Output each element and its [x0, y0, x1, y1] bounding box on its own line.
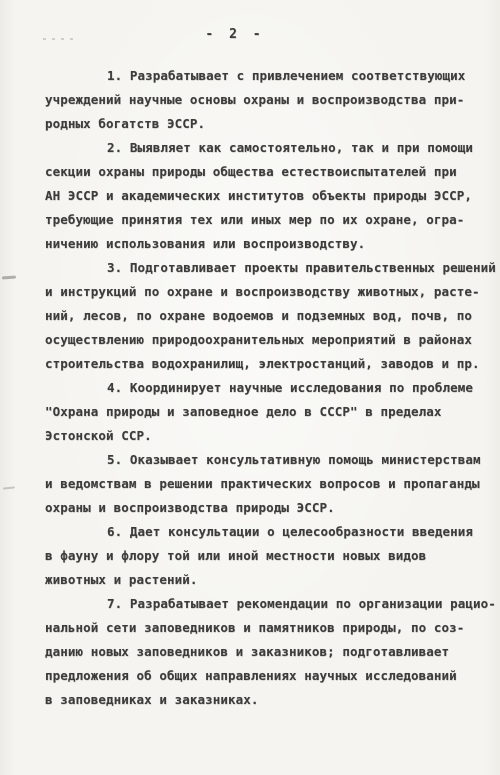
scan-dash-mark: [2, 276, 16, 280]
document-body: 1. Разрабатывает с привлечением соответс…: [45, 64, 475, 712]
text-line: 6. Дает консультации о целесообразности …: [45, 520, 475, 544]
text-line: "Охрана природы и заповедное дело в СССР…: [45, 400, 475, 424]
paragraph: 1. Разрабатывает с привлечением соответс…: [45, 64, 475, 136]
paragraph: 6. Дает консультации о целесообразности …: [45, 520, 475, 592]
text-line: строительства водохранилищ, электростанц…: [45, 352, 475, 376]
paragraph: 7. Разрабатывает рекомендации по организ…: [45, 592, 475, 712]
text-line: секции охраны природы общества естествои…: [45, 160, 475, 184]
scan-dash-mark: [3, 486, 15, 489]
text-line: и инструкций по охране и воспроизводству…: [45, 280, 475, 304]
text-line: 4. Координирует научные исследования по …: [45, 376, 475, 400]
page-number: - 2 -: [0, 27, 485, 42]
document-page: - 2 - 1. Разрабатывает с привлечением со…: [0, 0, 500, 775]
text-line: учреждений научные основы охраны и воспр…: [45, 88, 475, 112]
text-line: 5. Оказывает консультативную помощь мини…: [45, 448, 475, 472]
text-line: данию новых заповедников и заказников; п…: [45, 640, 475, 664]
text-line: в фауну и флору той или иной местности н…: [45, 544, 475, 568]
paragraph: 2. Выявляет как самостоятельно, так и пр…: [45, 136, 475, 256]
text-line: нальной сети заповедников и памятников п…: [45, 616, 475, 640]
paragraph: 5. Оказывает консультативную помощь мини…: [45, 448, 475, 520]
text-line: предложения об общих направлениях научны…: [45, 664, 475, 688]
text-line: 2. Выявляет как самостоятельно, так и пр…: [45, 136, 475, 160]
text-line: животных и растений.: [45, 568, 475, 592]
text-line: и ведомствам в решении практических вопр…: [45, 472, 475, 496]
text-line: 1. Разрабатывает с привлечением соответс…: [45, 64, 475, 88]
text-line: в заповедниках и заказниках.: [45, 688, 475, 712]
paragraph: 4. Координирует научные исследования по …: [45, 376, 475, 448]
text-line: 7. Разрабатывает рекомендации по организ…: [45, 592, 475, 616]
text-line: охраны и воспроизводства природы ЭССР.: [45, 496, 475, 520]
text-line: Эстонской ССР.: [45, 424, 475, 448]
text-line: 3. Подготавливает проекты правительствен…: [45, 256, 475, 280]
text-line: ничению использования или воспроизводств…: [45, 232, 475, 256]
text-line: ний, лесов, по охране водоемов и подземн…: [45, 304, 475, 328]
paragraph: 3. Подготавливает проекты правительствен…: [45, 256, 475, 376]
text-line: требующие принятия тех или иных мер по и…: [45, 208, 475, 232]
text-line: АН ЭССР и академических институтов объек…: [45, 184, 475, 208]
text-line: родных богатств ЭССР.: [45, 112, 475, 136]
text-line: осуществлению природоохранительных мероп…: [45, 328, 475, 352]
